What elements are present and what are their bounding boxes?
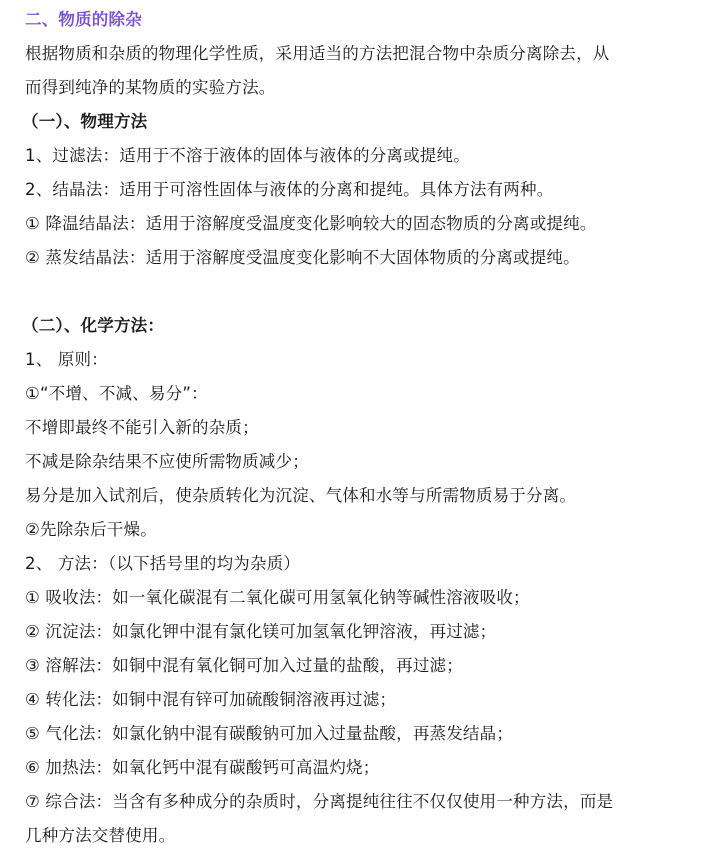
intro-line-2: 而得到纯净的某物质的实验方法。 [25,77,692,99]
section-title: 二、物质的除杂 [25,9,692,31]
principle-line: ①“不增、不减、易分”： [25,383,692,405]
principle-line: 不减是除杂结果不应使所需物质减少； [25,451,692,473]
intro-line-1: 根据物质和杂质的物理化学性质，采用适当的方法把混合物中杂质分离除去，从 [25,43,692,65]
document: 二、物质的除杂 根据物质和杂质的物理化学性质，采用适当的方法把混合物中杂质分离除… [0,0,702,853]
principle-line: 易分是加入试剂后，使杂质转化为沉淀、气体和水等与所需物质易于分离。 [25,485,692,507]
method-item: ⑤ 气化法：如氯化钠中混有碳酸钠可加入过量盐酸，再蒸发结晶； [25,723,692,745]
method-item: ① 吸收法：如一氧化碳混有二氧化碳可用氢氧化钠等碱性溶液吸收； [25,587,692,609]
physical-item: ② 蒸发结晶法：适用于溶解度受温度变化影响不大固体物质的分离或提纯。 [25,247,692,269]
method-item: ⑥ 加热法：如氧化钙中混有碳酸钙可高温灼烧； [25,757,692,779]
method-item: 几种方法交替使用。 [25,825,692,847]
method-item: ② 沉淀法：如氯化钾中混有氯化镁可加氢氧化钾溶液，再过滤； [25,621,692,643]
principle-label: 1、 原则： [25,349,692,371]
physical-item: 2、结晶法：适用于可溶性固体与液体的分离和提纯。具体方法有两种。 [25,179,692,201]
physical-item: ① 降温结晶法：适用于溶解度受温度变化影响较大的固态物质的分离或提纯。 [25,213,692,235]
principle-line: ②先除杂后干燥。 [25,519,692,541]
chemical-methods-heading: （二）、化学方法： [22,315,692,337]
principle-line: 不增即最终不能引入新的杂质； [25,417,692,439]
method-item: ④ 转化法：如铜中混有锌可加硫酸铜溶液再过滤； [25,689,692,711]
method-item: ③ 溶解法：如铜中混有氧化铜可加入过量的盐酸，再过滤； [25,655,692,677]
method-label: 2、 方法：（以下括号里的均为杂质） [25,553,692,575]
physical-methods-heading: （一）、物理方法 [22,111,692,133]
method-item: ⑦ 综合法：当含有多种成分的杂质时，分离提纯往往不仅仅使用一种方法，而是 [25,791,692,813]
physical-item: 1、过滤法：适用于不溶于液体的固体与液体的分离或提纯。 [25,145,692,167]
